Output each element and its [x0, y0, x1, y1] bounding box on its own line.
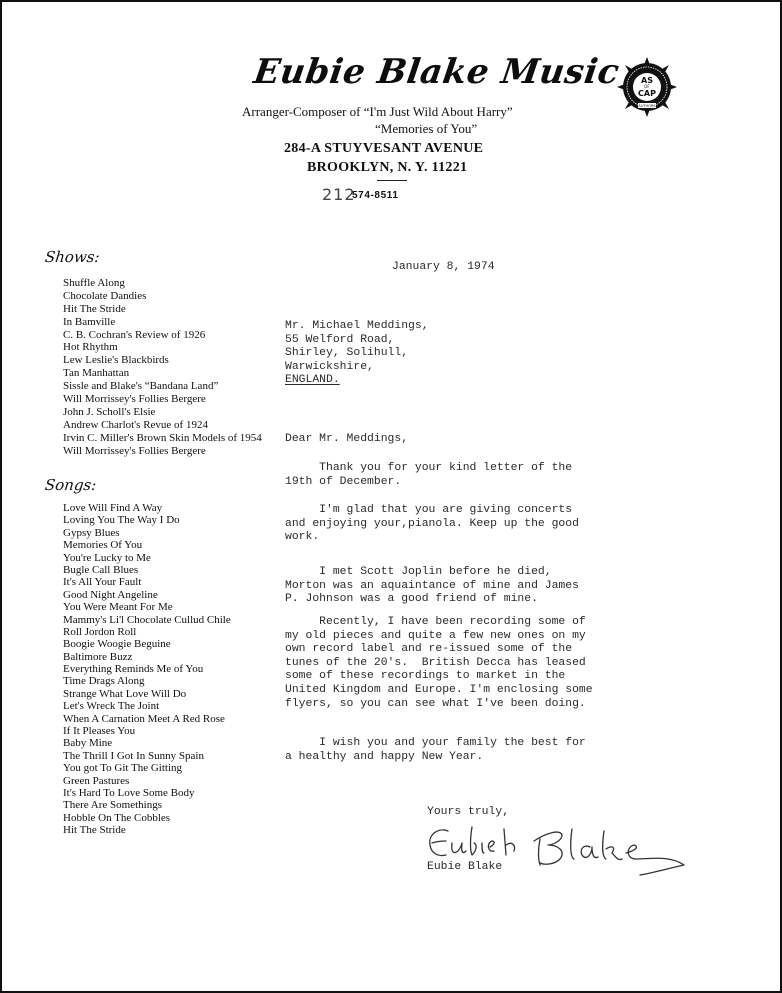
ascap-seal-icon: AS OF CAP AUTHORS — [617, 57, 677, 117]
recipient-line-text: 55 Welford Road, — [285, 334, 394, 346]
signed-name: Eubie Blake — [427, 861, 502, 875]
song-item: Green Pastures — [63, 775, 231, 787]
song-item: Roll Jordon Roll — [63, 626, 231, 638]
song-item: Hobble On The Cobbles — [63, 812, 231, 824]
song-item: Bugle Call Blues — [63, 564, 231, 576]
song-item: Baltimore Buzz — [63, 651, 231, 663]
recipient-line-text: Shirley, Solihull, — [285, 347, 408, 359]
show-item: Lew Leslie's Blackbirds — [63, 354, 262, 367]
recipient-line-text: Warwickshire, — [285, 361, 374, 373]
shows-heading: Shows: — [44, 248, 100, 266]
song-item: When A Carnation Meet A Red Rose — [63, 713, 231, 725]
show-item: Shuffle Along — [63, 277, 262, 290]
song-item: It's All Your Fault — [63, 576, 231, 588]
song-item: It's Hard To Love Some Body — [63, 787, 231, 799]
recipient-line-text: Mr. Michael Meddings, — [285, 320, 429, 332]
song-item: Boogie Woogie Beguine — [63, 638, 231, 650]
show-item: In Bamville — [63, 316, 262, 329]
svg-text:CAP: CAP — [638, 89, 656, 98]
paragraph-concerts: I'm glad that you are giving concerts an… — [285, 504, 579, 545]
show-item: Will Morrissey's Follies Bergere — [63, 393, 262, 406]
song-item: Hit The Stride — [63, 824, 231, 836]
show-item: Tan Manhattan — [63, 367, 262, 380]
songs-heading: Songs: — [44, 476, 97, 494]
song-item: Gypsy Blues — [63, 527, 231, 539]
letterhead-brand: Eubie Blake Music — [251, 52, 537, 92]
svg-text:AUTHORS: AUTHORS — [638, 104, 656, 108]
letter-date: January 8, 1974 — [392, 261, 495, 275]
salutation: Dear Mr. Meddings, — [285, 433, 408, 447]
recipient-line: Warwickshire, — [285, 361, 429, 375]
paragraph-thanks: Thank you for your kind letter of the 19… — [285, 462, 572, 489]
show-item: C. B. Cochran's Review of 1926 — [63, 329, 262, 342]
phone-number: 574-8511 — [352, 190, 399, 201]
paragraph-recordings: Recently, I have been recording some of … — [285, 616, 593, 711]
song-item: Baby Mine — [63, 737, 231, 749]
show-item: Chocolate Dandies — [63, 290, 262, 303]
song-item: There Are Somethings — [63, 799, 231, 811]
show-item: Hit The Stride — [63, 303, 262, 316]
letter-page: Eubie Blake Music Arranger-Composer of “… — [0, 0, 782, 993]
shows-list: Shuffle AlongChocolate DandiesHit The St… — [63, 277, 262, 457]
recipient-country: ENGLAND. — [285, 374, 340, 386]
letterhead-subtitle-line1: Arranger-Composer of “I'm Just Wild Abou… — [242, 104, 562, 120]
song-item: Everything Reminds Me of You — [63, 663, 231, 675]
recipient-line: ENGLAND. — [285, 374, 429, 388]
song-item: Let's Wreck The Joint — [63, 700, 231, 712]
letterhead-address-city: BROOKLYN, N. Y. 11221 — [307, 160, 467, 176]
show-item: Hot Rhythm — [63, 341, 262, 354]
paragraph-new-year: I wish you and your family the best for … — [285, 737, 586, 764]
song-item: Memories Of You — [63, 539, 231, 551]
phone-area-code-handwritten: 212 — [322, 185, 356, 204]
song-item: You Were Meant For Me — [63, 601, 231, 613]
song-item: Strange What Love Will Do — [63, 688, 231, 700]
recipient-line: Mr. Michael Meddings, — [285, 320, 429, 334]
recipient-line: 55 Welford Road, — [285, 334, 429, 348]
show-item: Will Morrissey's Follies Bergere — [63, 445, 262, 458]
paragraph-joplin: I met Scott Joplin before he died, Morto… — [285, 566, 579, 607]
song-item: Love Will Find A Way — [63, 502, 231, 514]
song-item: You got To Git The Gitting — [63, 762, 231, 774]
letterhead-subtitle-line2: “Memories of You” — [375, 121, 477, 137]
recipient-line: Shirley, Solihull, — [285, 347, 429, 361]
songs-list: Love Will Find A WayLoving You The Way I… — [63, 502, 231, 837]
song-item: The Thrill I Got In Sunny Spain — [63, 750, 231, 762]
show-item: Sissle and Blake's “Bandana Land” — [63, 380, 262, 393]
letterhead-divider — [377, 180, 407, 181]
song-item: If It Pleases You — [63, 725, 231, 737]
song-item: Loving You The Way I Do — [63, 514, 231, 526]
show-item: Irvin C. Miller's Brown Skin Models of 1… — [63, 432, 262, 445]
show-item: Andrew Charlot's Revue of 1924 — [63, 419, 262, 432]
show-item: John J. Scholl's Elsie — [63, 406, 262, 419]
song-item: Time Drags Along — [63, 675, 231, 687]
song-item: Mammy's Li'l Chocolate Cullud Chile — [63, 614, 231, 626]
recipient-address: Mr. Michael Meddings,55 Welford Road,Shi… — [285, 320, 429, 388]
song-item: You're Lucky to Me — [63, 552, 231, 564]
song-item: Good Night Angeline — [63, 589, 231, 601]
letterhead-address-street: 284-A STUYVESANT AVENUE — [284, 141, 483, 157]
